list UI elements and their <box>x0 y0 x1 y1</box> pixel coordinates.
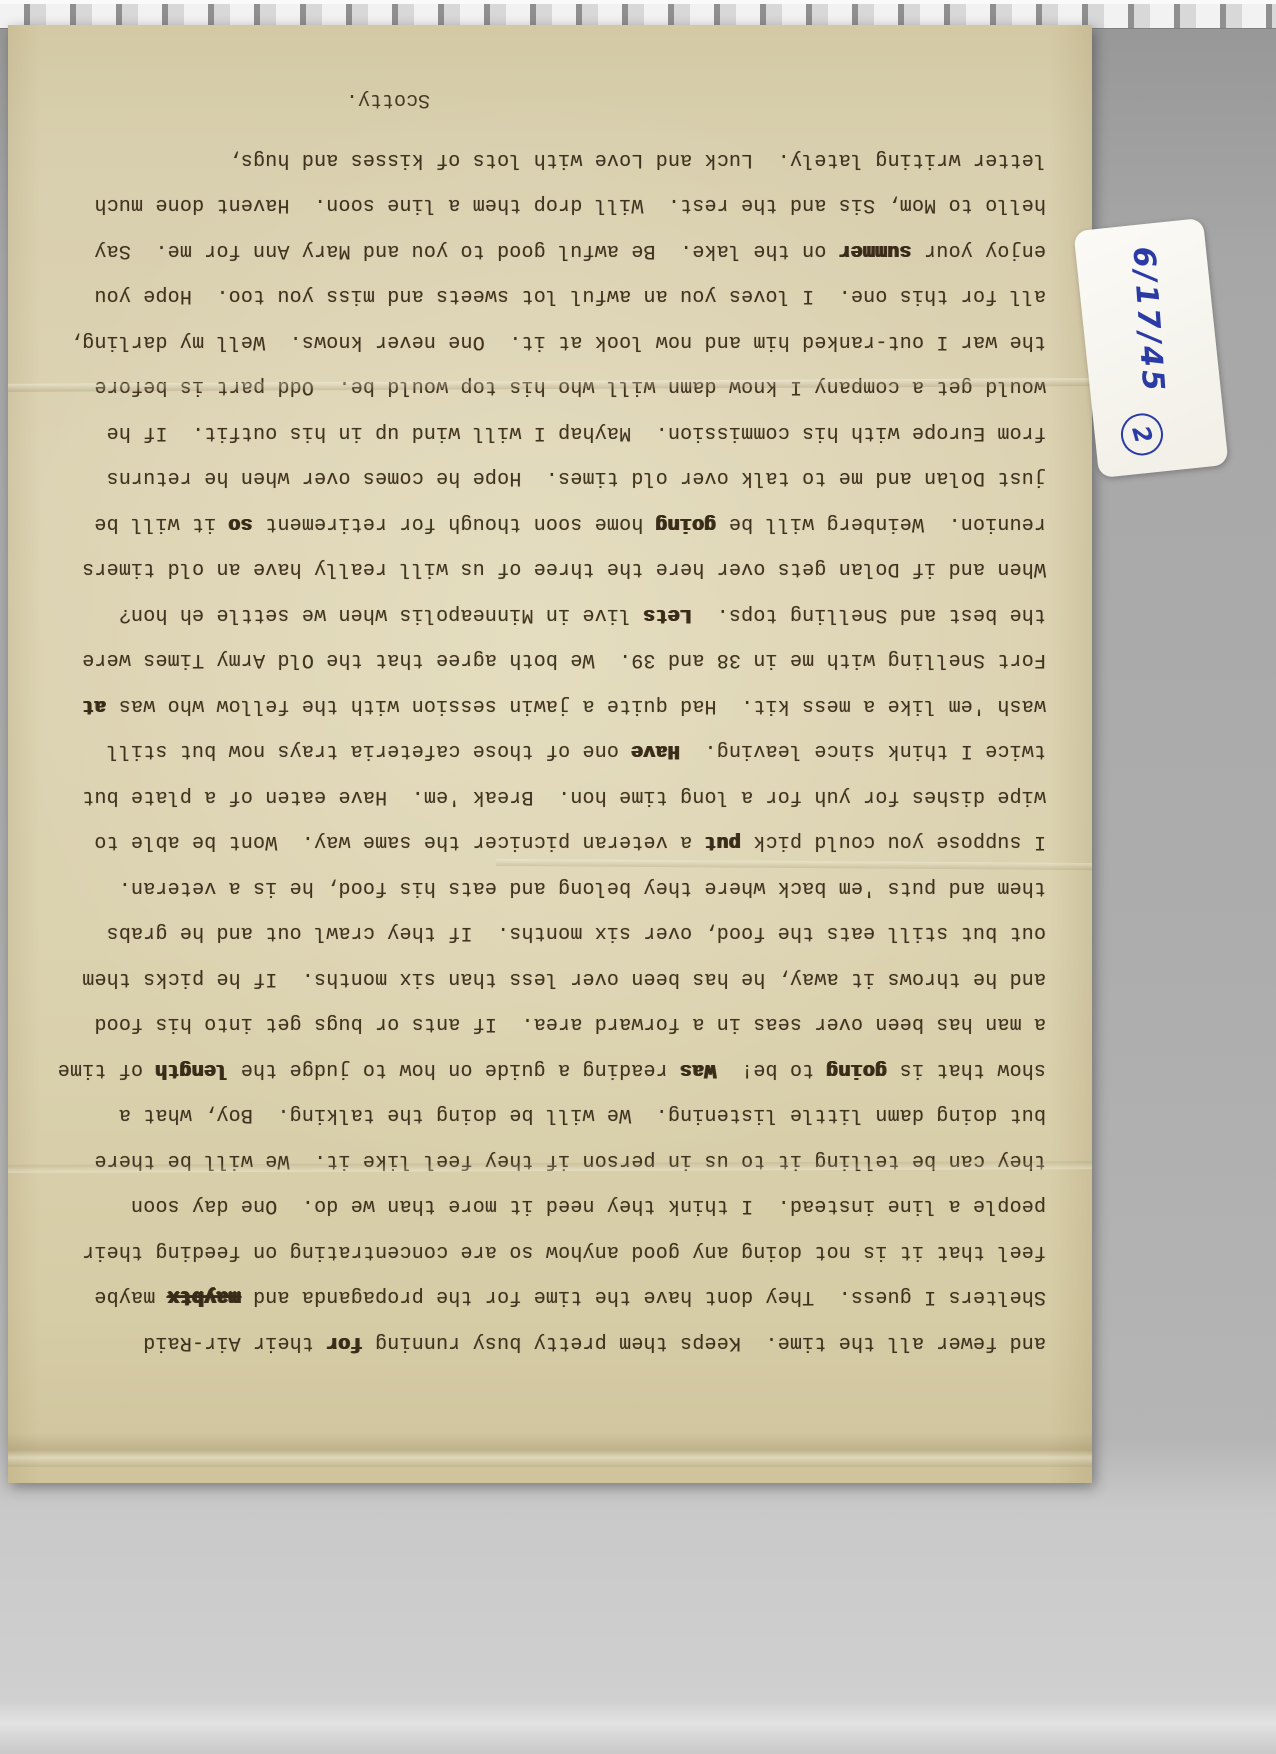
typed-line: Shelters I guess. They dont have the tim… <box>46 1274 1046 1320</box>
letter-lines: and fewer all the time. Keeps them prett… <box>46 137 1046 1366</box>
letter-text-upside-down: and fewer all the time. Keeps them prett… <box>8 25 1092 1483</box>
typed-line: a man has been over seas in a forward ar… <box>46 1001 1046 1047</box>
signature-line: Scotty. <box>46 77 430 123</box>
typed-line: would get a company I know damn will who… <box>46 364 1046 410</box>
typed-line: hello to Mom, Sis and the rest. Will dro… <box>46 182 1046 228</box>
typed-line: feel that it is not doing any good anyho… <box>46 1229 1046 1275</box>
typed-line: from Europe with his commission. Mayhap … <box>46 410 1046 456</box>
typed-line: out but still eats the food, over six mo… <box>46 910 1046 956</box>
typed-line: and he throws it away, he has been over … <box>46 956 1046 1002</box>
typed-line: enjoy your summer on the lake. Be awful … <box>46 228 1046 274</box>
typed-line: I suppose you could pick put a veteran p… <box>46 819 1046 865</box>
paper-fold-shadow <box>8 1433 1092 1467</box>
typed-line: show that is going to be! Was reading a … <box>46 1047 1046 1093</box>
typed-line: wipe dishes for yuh for a long time hon.… <box>46 774 1046 820</box>
typed-line: wash 'em like a mess kit. Had quite a ja… <box>46 683 1046 729</box>
typed-line: all for this one. I loves you an awful l… <box>46 273 1046 319</box>
typed-line: they can be telling it to us in person i… <box>46 1138 1046 1184</box>
typed-line: people a line instead. I think they need… <box>46 1183 1046 1229</box>
typed-line: the best and Snelling tops. Lets live in… <box>46 592 1046 638</box>
scan-bottom-edge <box>0 1702 1276 1754</box>
typed-line: Fort Snelling with me in 38 and 39. We b… <box>46 637 1046 683</box>
scanned-letter-page: and fewer all the time. Keeps them prett… <box>0 0 1276 1754</box>
typed-line: just Dolan and me to talk over old times… <box>46 455 1046 501</box>
typed-line: them and puts 'em back where they belong… <box>46 865 1046 911</box>
annotation-label: 6/17/45 2 <box>1073 218 1228 478</box>
typed-line: the war I out-ranked him and now look at… <box>46 319 1046 365</box>
typed-line: twice I think since leaving. Have one of… <box>46 728 1046 774</box>
typed-line: letter writing lately. Luck and Love wit… <box>46 137 1046 183</box>
typed-line: When and if Dolan gets over here the thr… <box>46 546 1046 592</box>
typed-line: reunion. Weinberg will be going home soo… <box>46 501 1046 547</box>
typed-line: and fewer all the time. Keeps them prett… <box>46 1320 1046 1366</box>
label-handwritten-date: 6/17/45 <box>1123 209 1173 431</box>
letter-paper: and fewer all the time. Keeps them prett… <box>8 25 1092 1483</box>
typed-line: but doing damn little listening. We will… <box>46 1092 1046 1138</box>
